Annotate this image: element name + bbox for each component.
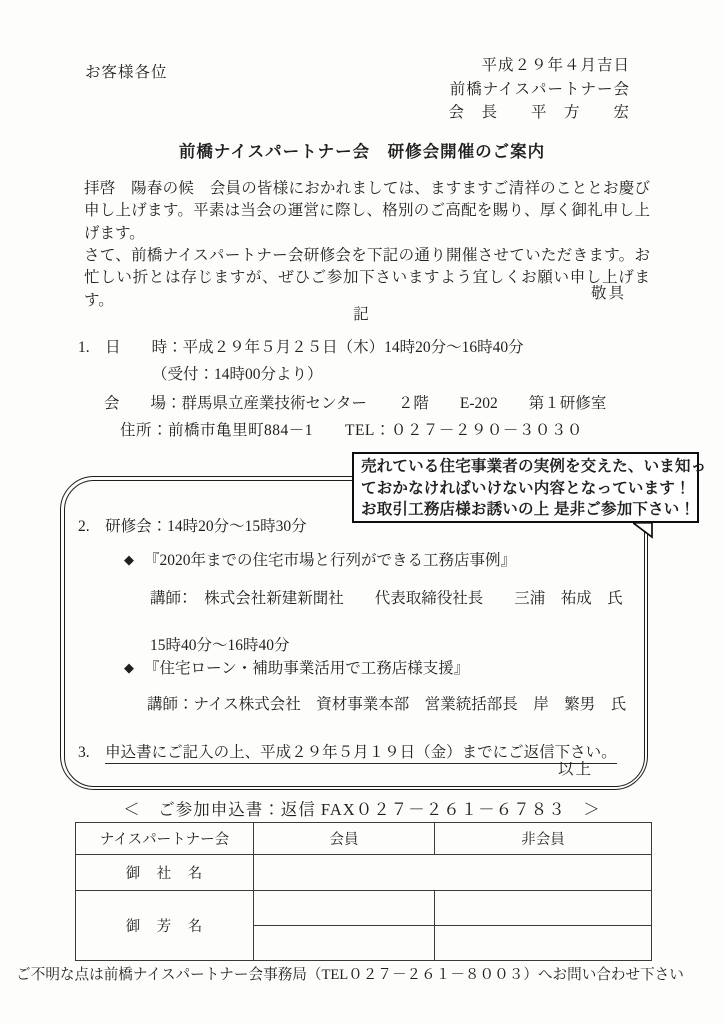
fax-reply-header: ＜ ご参加申込書：返信 FAX０２７－２６１－６７８３ ＞ (0, 796, 724, 820)
greeting-paragraph: 拝啓 陽春の候 会員の皆様におかれましては、ますますご清祥のこととお慶び申し上げ… (84, 178, 650, 245)
deadline-number: 3. (78, 744, 105, 761)
callout-line: お取引工務店様お誘いの上 是非ご参加下さい！ (361, 499, 690, 521)
closing-keigu: 敬具 (440, 281, 626, 303)
seminar-heading: 2. 研修会：14時20分～15時30分 (78, 514, 307, 536)
end-mark: 以上 (440, 757, 593, 779)
callout-tail-icon (633, 522, 655, 539)
datetime-line: 1. 日 時：平成２９年５月２５日（木）14時20分～16時40分 (78, 335, 524, 357)
session1-title-line: ◆『2020年までの住宅市場と行列ができる工務店事例』 (124, 548, 516, 570)
table-header-nonmember: 非会員 (435, 823, 652, 855)
company-name-cell[interactable] (254, 855, 652, 891)
nonmember-name-cell-2[interactable] (435, 926, 652, 961)
callout-box: 売れている住宅事業者の実例を交えた、いま知っ ておかなければいけない内容となって… (352, 452, 699, 523)
table-name-row-1: 御 芳 名 (76, 891, 652, 926)
session2-time: 15時40分～16時40分 (150, 633, 290, 655)
org-name: 前橋ナイスパートナー会 (448, 78, 630, 102)
table-header-partner: ナイスパートナー会 (76, 823, 254, 855)
diamond-bullet-icon: ◆ (124, 552, 134, 568)
table-header-member: 会員 (254, 823, 435, 855)
venue-line: 会 場：群馬県立産業技術センター ２階 E-202 第１研修室 (104, 391, 606, 413)
callout-line: ておかなければいけない内容となっています！ (361, 478, 690, 500)
table-company-row: 御 社 名 (76, 855, 652, 891)
session1-title: 『2020年までの住宅市場と行列ができる工務店事例』 (144, 552, 516, 569)
member-name-cell-1[interactable] (254, 891, 435, 926)
table-header-row: ナイスパートナー会 会員 非会員 (76, 823, 652, 855)
application-table: ナイスパートナー会 会員 非会員 御 社 名 御 芳 名 (75, 822, 652, 961)
diamond-bullet-icon: ◆ (124, 660, 134, 676)
nonmember-name-cell-1[interactable] (435, 891, 652, 926)
address-line: 住所：前橋市亀里町884－1 TEL：０２７－２９０－３０３０ (120, 418, 583, 440)
president-line: 会 長 平 方 宏 (448, 101, 630, 125)
application-table-wrap: ナイスパートナー会 会員 非会員 御 社 名 御 芳 名 (75, 822, 652, 961)
footer-contact-note: ご不明な点は前橋ナイスパートナー会事務局（TEL０２７－２６１－８００３）へお問… (0, 963, 700, 984)
callout-line: 売れている住宅事業者の実例を交えた、いま知っ (361, 456, 690, 478)
reception-line: （受付：14時00分より） (152, 362, 323, 384)
company-row-label: 御 社 名 (76, 855, 254, 891)
sender-block: 平成２９年４月吉日 前橋ナイスパートナー会 会 長 平 方 宏 (448, 54, 630, 125)
session1-lecturer: 講師： 株式会社新建新聞社 代表取締役社長 三浦 祐成 氏 (150, 586, 623, 608)
date-line: 平成２９年４月吉日 (448, 54, 630, 78)
recipient-line: お客様各位 (85, 60, 168, 82)
document-title: 前橋ナイスパートナー会 研修会開催のご案内 (0, 138, 724, 162)
member-name-cell-2[interactable] (254, 926, 435, 961)
session2-title-line: ◆『住宅ローン・補助事業活用で工務店様支援』 (124, 656, 469, 678)
session2-lecturer: 講師：ナイス株式会社 資材事業本部 営業統括部長 岸 繁男 氏 (147, 692, 626, 714)
name-row-label: 御 芳 名 (76, 891, 254, 961)
session2-title: 『住宅ローン・補助事業活用で工務店様支援』 (144, 660, 469, 677)
scanned-letter-page: お客様各位 平成２９年４月吉日 前橋ナイスパートナー会 会 長 平 方 宏 前橋… (0, 0, 724, 1024)
record-mark: 記 (0, 302, 724, 324)
